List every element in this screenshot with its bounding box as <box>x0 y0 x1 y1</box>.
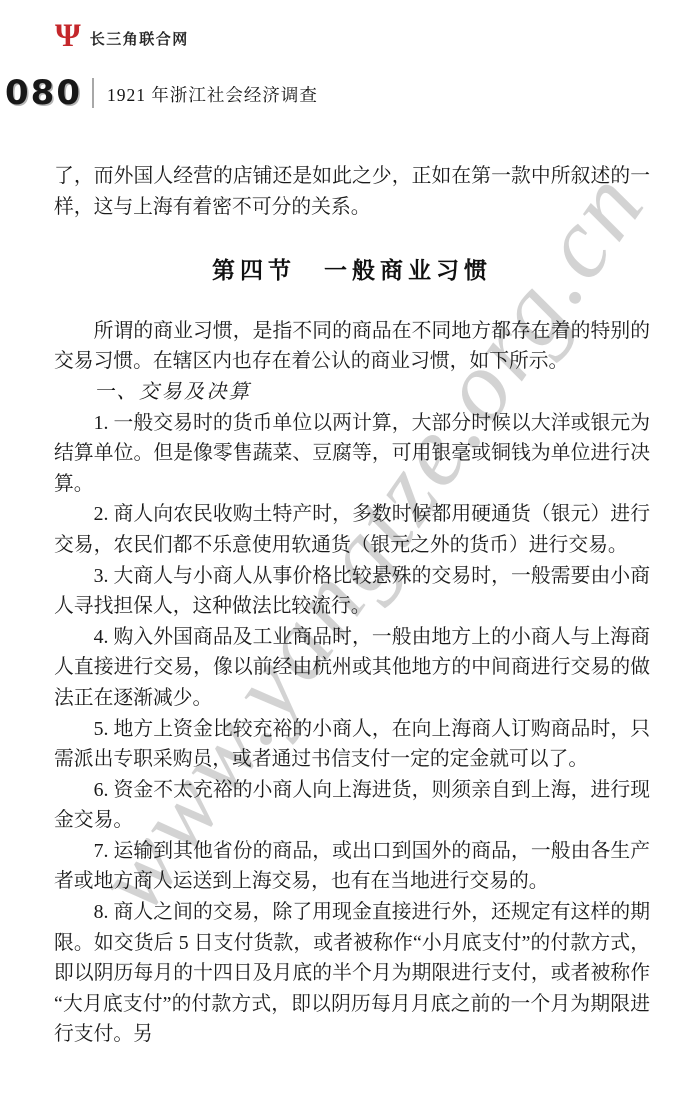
header-divider <box>92 78 94 108</box>
continuation-paragraph: 了，而外国人经营的店铺还是如此之少，正如在第一款中所叙述的一样，这与上海有着密不… <box>54 161 650 222</box>
logo-icon: Ψ <box>55 20 81 53</box>
subsection-heading: 一、交易及决算 <box>54 377 650 408</box>
scanned-book-page: www.yangtze.org.cn Ψ 长三角联合网 080 1921 年浙江… <box>0 0 700 1112</box>
list-item-8: 8. 商人之间的交易，除了用现金直接进行外，还规定有这样的期限。如交货后 5 日… <box>54 897 650 1050</box>
list-item-4: 4. 购入外国商品及工业商品时，一般由地方上的小商人与上海商人直接进行交易，像以… <box>54 622 650 714</box>
book-title: 1921 年浙江社会经济调查 <box>107 80 318 107</box>
page-number: 080 <box>5 76 82 110</box>
logo-site-name: 长三角联合网 <box>90 24 189 49</box>
site-logo: Ψ 长三角联合网 <box>55 20 189 53</box>
list-item-1: 1. 一般交易时的货币单位以两计算，大部分时候以大洋或银元为结算单位。但是像零售… <box>54 408 650 500</box>
lead-paragraph: 所谓的商业习惯，是指不同的商品在不同地方都存在着的特别的交易习惯。在辖区内也存在… <box>54 316 650 377</box>
list-item-6: 6. 资金不太充裕的小商人向上海进货，则须亲自到上海，进行现金交易。 <box>54 775 650 836</box>
list-item-7: 7. 运输到其他省份的商品，或出口到国外的商品，一般由各生产者或地方商人运送到上… <box>54 836 650 897</box>
list-item-5: 5. 地方上资金比较充裕的小商人，在向上海商人订购商品时，只需派出专职采购员，或… <box>54 714 650 775</box>
page-header: 080 1921 年浙江社会经济调查 <box>5 76 318 110</box>
page-content: 了，而外国人经营的店铺还是如此之少，正如在第一款中所叙述的一样，这与上海有着密不… <box>54 161 650 1050</box>
list-item-2: 2. 商人向农民收购土特产时，多数时候都用硬通货（银元）进行交易，农民们都不乐意… <box>54 499 650 560</box>
section-heading: 第四节 一般商业习惯 <box>54 255 650 286</box>
list-item-3: 3. 大商人与小商人从事价格比较悬殊的交易时，一般需要由小商人寻找担保人，这种做… <box>54 561 650 622</box>
